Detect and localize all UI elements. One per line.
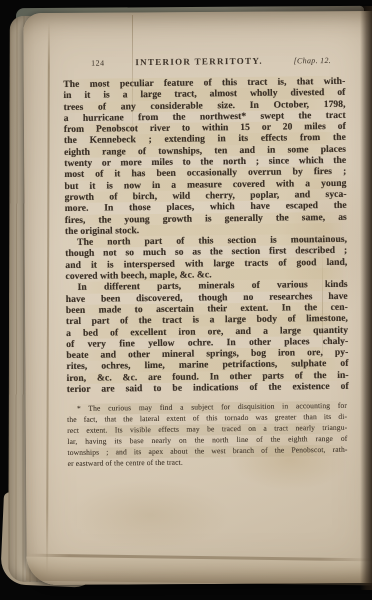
bottom-fold <box>26 557 372 586</box>
body-text: The most peculiar feature of this tract … <box>63 76 349 395</box>
fore-edge-gutter <box>360 6 372 590</box>
book-photo: 124 INTERIOR TERRITOTY. [Chap. 12. The m… <box>0 0 372 600</box>
footnote: * The curious may find a subject for dis… <box>67 401 350 470</box>
text-line: terior are said to be indications of the… <box>67 381 349 395</box>
stain <box>70 480 230 550</box>
running-title: INTERIOR TERRITOTY. <box>104 55 293 67</box>
chapter-label: [Chap. 12. <box>294 56 332 65</box>
printed-text: 124 INTERIOR TERRITOTY. [Chap. 12. The m… <box>63 55 350 470</box>
page-header: 124 INTERIOR TERRITOTY. [Chap. 12. <box>63 55 345 68</box>
folio-number: 124 <box>91 59 105 68</box>
